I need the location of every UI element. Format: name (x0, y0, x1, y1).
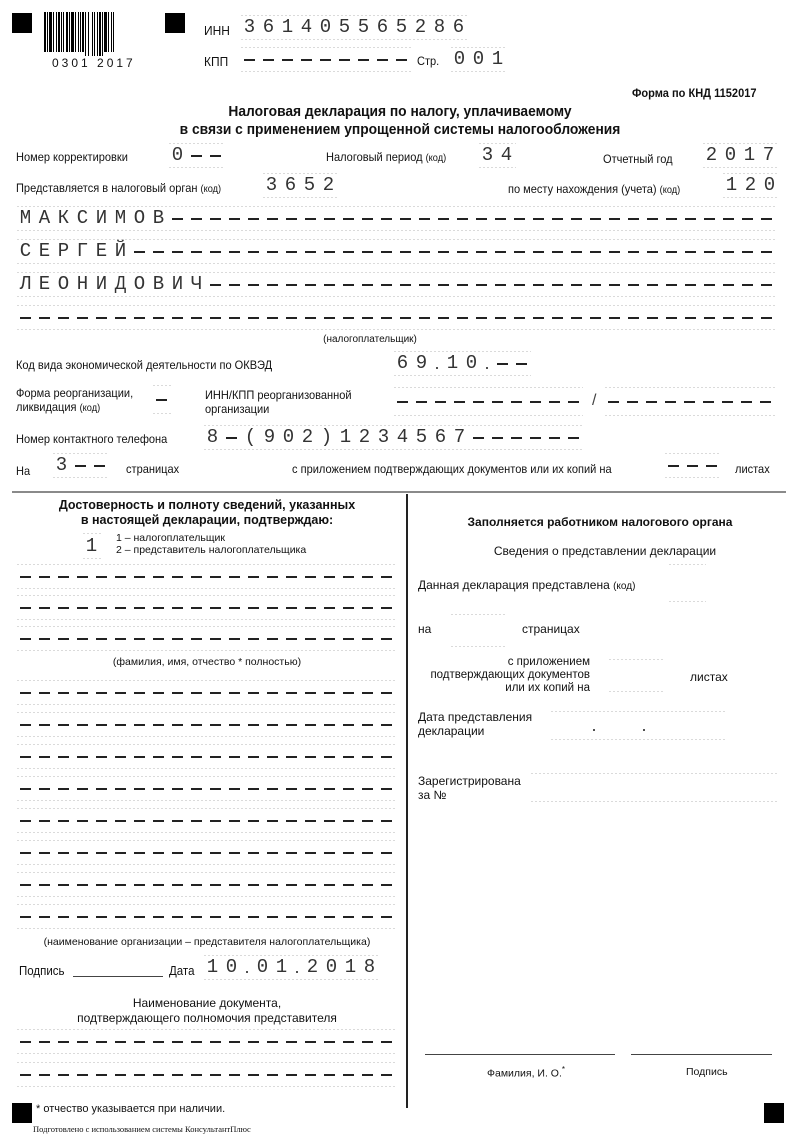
form-cell[interactable] (73, 841, 92, 863)
form-cell[interactable] (625, 774, 644, 800)
form-cell[interactable] (225, 841, 244, 863)
form-cell[interactable] (263, 713, 282, 735)
form-cell[interactable] (244, 207, 263, 229)
form-cell[interactable]: 1 (203, 956, 222, 978)
form-cell[interactable] (240, 48, 259, 70)
form-cell[interactable] (469, 615, 488, 645)
form-cell[interactable] (396, 207, 415, 229)
form-cell[interactable] (130, 713, 149, 735)
kpp-field[interactable] (240, 46, 411, 72)
form-cell[interactable]: 8 (203, 426, 222, 448)
form-cell[interactable]: 6 (373, 16, 392, 38)
form-cell[interactable] (54, 596, 73, 618)
form-cell[interactable]: 1 (740, 144, 759, 166)
form-cell[interactable] (661, 388, 680, 414)
form-cell[interactable] (663, 774, 682, 800)
form-cell[interactable] (92, 841, 111, 863)
form-cell[interactable] (301, 565, 320, 587)
form-cell[interactable] (282, 713, 301, 735)
taxpayer-name-line[interactable]: МАКСИМОВ (16, 205, 776, 231)
form-cell[interactable] (756, 388, 775, 414)
form-cell[interactable] (16, 681, 35, 703)
form-cell[interactable] (35, 565, 54, 587)
form-cell[interactable] (16, 809, 35, 831)
form-cell[interactable] (130, 809, 149, 831)
form-cell[interactable] (168, 777, 187, 799)
form-cell[interactable] (206, 809, 225, 831)
signer-fio-line[interactable] (16, 563, 396, 589)
form-cell[interactable] (396, 240, 415, 262)
form-cell[interactable] (586, 240, 605, 262)
tax-authority-field[interactable]: 3652 (262, 172, 338, 198)
form-cell[interactable] (92, 905, 111, 927)
form-cell[interactable] (354, 48, 373, 70)
form-cell[interactable] (529, 240, 548, 262)
form-cell[interactable] (757, 273, 776, 295)
form-cell[interactable] (662, 207, 681, 229)
form-cell[interactable] (377, 1030, 396, 1052)
form-cell[interactable] (412, 388, 431, 414)
form-cell[interactable] (488, 388, 507, 414)
form-cell[interactable] (320, 1063, 339, 1085)
form-cell[interactable] (605, 273, 624, 295)
form-cell[interactable] (719, 306, 738, 328)
form-cell[interactable] (130, 565, 149, 587)
form-cell[interactable] (225, 713, 244, 735)
form-cell[interactable] (702, 454, 721, 476)
form-cell[interactable] (16, 565, 35, 587)
form-cell[interactable]: 1 (278, 16, 297, 38)
form-cell[interactable] (54, 841, 73, 863)
form-cell[interactable] (339, 306, 358, 328)
form-cell[interactable] (627, 660, 646, 690)
form-cell[interactable] (263, 745, 282, 767)
reorg-kpp-field[interactable] (604, 386, 775, 416)
form-cell[interactable]: А (35, 207, 54, 229)
form-cell[interactable] (225, 777, 244, 799)
form-cell[interactable] (488, 615, 507, 645)
okved-field[interactable]: 69.10. (393, 350, 531, 376)
form-cell[interactable]: 2 (741, 174, 760, 196)
form-cell[interactable] (225, 809, 244, 831)
form-cell[interactable] (263, 681, 282, 703)
form-cell[interactable] (225, 240, 244, 262)
form-cell[interactable] (111, 873, 130, 895)
form-cell[interactable] (244, 809, 263, 831)
form-cell[interactable] (472, 273, 491, 295)
reorg-inn-field[interactable] (393, 386, 583, 416)
form-cell[interactable] (605, 207, 624, 229)
form-cell[interactable] (469, 388, 488, 414)
form-cell[interactable] (681, 273, 700, 295)
form-cell[interactable] (605, 306, 624, 328)
form-cell[interactable] (681, 306, 700, 328)
form-cell[interactable] (225, 1030, 244, 1052)
form-cell[interactable] (358, 306, 377, 328)
form-cell[interactable]: 3 (52, 454, 71, 476)
form-cell[interactable] (669, 712, 688, 738)
form-cell[interactable] (111, 1063, 130, 1085)
form-cell[interactable] (130, 873, 149, 895)
form-cell[interactable] (54, 1030, 73, 1052)
form-cell[interactable]: 4 (393, 426, 412, 448)
form-cell[interactable] (316, 48, 335, 70)
form-cell[interactable] (206, 144, 225, 166)
form-cell[interactable] (526, 388, 545, 414)
form-cell[interactable] (54, 873, 73, 895)
form-cell[interactable] (54, 565, 73, 587)
form-cell[interactable] (358, 596, 377, 618)
form-cell[interactable] (469, 426, 488, 448)
form-cell[interactable] (301, 273, 320, 295)
form-cell[interactable] (623, 388, 642, 414)
form-cell[interactable] (644, 774, 663, 800)
form-cell[interactable] (92, 713, 111, 735)
form-cell[interactable]: 0 (760, 174, 779, 196)
form-cell[interactable] (16, 777, 35, 799)
form-cell[interactable] (206, 565, 225, 587)
form-cell[interactable] (206, 273, 225, 295)
form-cell[interactable] (507, 426, 526, 448)
form-cell[interactable] (168, 1030, 187, 1052)
form-cell[interactable] (719, 240, 738, 262)
representative-org-line[interactable] (16, 743, 396, 769)
form-cell[interactable] (453, 207, 472, 229)
form-cell[interactable] (187, 240, 206, 262)
location-code-field[interactable]: 120 (722, 172, 779, 198)
form-cell[interactable]: 2 (303, 956, 322, 978)
form-cell[interactable] (130, 627, 149, 649)
form-cell[interactable] (282, 565, 301, 587)
form-cell[interactable] (624, 273, 643, 295)
form-cell[interactable] (168, 809, 187, 831)
form-cell[interactable] (567, 207, 586, 229)
form-cell[interactable]: 7 (759, 144, 778, 166)
form-cell[interactable] (206, 596, 225, 618)
form-cell[interactable] (168, 873, 187, 895)
form-cell[interactable] (282, 777, 301, 799)
form-cell[interactable] (529, 306, 548, 328)
form-cell[interactable] (16, 627, 35, 649)
form-cell[interactable] (168, 745, 187, 767)
form-cell[interactable] (92, 777, 111, 799)
form-cell[interactable]: 4 (297, 16, 316, 38)
form-cell[interactable] (320, 681, 339, 703)
form-cell[interactable]: 6 (431, 426, 450, 448)
form-cell[interactable] (130, 240, 149, 262)
office-sign-line[interactable] (631, 1054, 772, 1055)
form-cell[interactable] (701, 774, 720, 800)
correction-number-field[interactable]: 0 (168, 142, 225, 168)
form-cell[interactable] (187, 841, 206, 863)
form-cell[interactable]: 5 (392, 16, 411, 38)
form-cell[interactable]: Ч (187, 273, 206, 295)
form-cell[interactable] (549, 774, 568, 800)
form-cell[interactable] (16, 873, 35, 895)
form-cell[interactable]: О (130, 207, 149, 229)
form-cell[interactable] (206, 627, 225, 649)
form-cell[interactable]: 0 (279, 426, 298, 448)
form-cell[interactable] (282, 745, 301, 767)
form-cell[interactable] (282, 273, 301, 295)
form-cell[interactable] (624, 240, 643, 262)
pages-count-field[interactable]: 3 (52, 452, 109, 478)
form-cell[interactable] (111, 681, 130, 703)
form-cell[interactable] (187, 713, 206, 735)
form-cell[interactable] (54, 1063, 73, 1085)
form-cell[interactable] (396, 273, 415, 295)
form-cell[interactable] (149, 841, 168, 863)
form-cell[interactable] (683, 454, 702, 476)
form-cell[interactable] (282, 306, 301, 328)
form-cell[interactable]: 6 (281, 174, 300, 196)
form-cell[interactable]: 1 (82, 534, 101, 558)
form-cell[interactable] (35, 745, 54, 767)
form-cell[interactable] (187, 777, 206, 799)
form-cell[interactable] (297, 48, 316, 70)
form-cell[interactable] (668, 565, 687, 601)
form-cell[interactable] (187, 681, 206, 703)
representative-org-line[interactable] (16, 807, 396, 833)
form-cell[interactable] (244, 713, 263, 735)
form-cell[interactable] (719, 273, 738, 295)
form-cell[interactable] (301, 681, 320, 703)
form-cell[interactable] (225, 873, 244, 895)
form-cell[interactable] (320, 627, 339, 649)
form-cell[interactable] (244, 1063, 263, 1085)
form-cell[interactable] (263, 905, 282, 927)
form-cell[interactable] (206, 713, 225, 735)
form-cell[interactable] (130, 745, 149, 767)
form-cell[interactable]: В (149, 273, 168, 295)
taxpayer-name-line[interactable] (16, 304, 776, 330)
form-cell[interactable] (358, 841, 377, 863)
form-cell[interactable] (320, 905, 339, 927)
form-cell[interactable] (510, 207, 529, 229)
form-cell[interactable]: 2 (411, 16, 430, 38)
report-year-field[interactable]: 2017 (702, 142, 778, 168)
form-cell[interactable] (130, 681, 149, 703)
form-cell[interactable] (545, 388, 564, 414)
form-cell[interactable] (130, 306, 149, 328)
form-cell[interactable] (282, 1063, 301, 1085)
form-cell[interactable] (377, 627, 396, 649)
form-cell[interactable] (569, 712, 588, 738)
form-cell[interactable] (301, 777, 320, 799)
form-cell[interactable]: 3 (374, 426, 393, 448)
form-cell[interactable] (149, 240, 168, 262)
form-cell[interactable] (643, 240, 662, 262)
form-cell[interactable] (282, 841, 301, 863)
form-cell[interactable] (339, 1030, 358, 1052)
form-cell[interactable] (16, 713, 35, 735)
form-cell[interactable] (320, 240, 339, 262)
form-cell[interactable] (149, 745, 168, 767)
form-cell[interactable] (130, 596, 149, 618)
form-cell[interactable] (339, 1063, 358, 1085)
form-cell[interactable] (187, 1030, 206, 1052)
form-cell[interactable]: 5 (300, 174, 319, 196)
form-cell[interactable] (738, 240, 757, 262)
form-cell[interactable] (681, 240, 700, 262)
form-cell[interactable] (431, 388, 450, 414)
form-cell[interactable] (263, 777, 282, 799)
form-cell[interactable] (187, 207, 206, 229)
authority-doc-line[interactable] (16, 1061, 396, 1087)
form-cell[interactable] (320, 873, 339, 895)
form-cell[interactable] (168, 627, 187, 649)
form-cell[interactable] (548, 273, 567, 295)
form-cell[interactable] (301, 873, 320, 895)
form-cell[interactable] (320, 273, 339, 295)
form-cell[interactable] (187, 809, 206, 831)
form-cell[interactable]: 0 (462, 352, 481, 374)
form-cell[interactable] (244, 777, 263, 799)
form-cell[interactable] (707, 712, 726, 738)
form-cell[interactable]: Е (92, 240, 111, 262)
form-cell[interactable]: 3 (478, 144, 497, 166)
form-cell[interactable] (130, 841, 149, 863)
form-cell[interactable] (16, 745, 35, 767)
form-cell[interactable] (54, 681, 73, 703)
form-cell[interactable] (206, 1030, 225, 1052)
form-cell[interactable]: Д (111, 273, 130, 295)
form-cell[interactable] (111, 596, 130, 618)
form-cell[interactable] (512, 352, 531, 374)
form-cell[interactable] (73, 627, 92, 649)
form-cell[interactable]: 6 (393, 352, 412, 374)
form-cell[interactable]: О (54, 273, 73, 295)
form-cell[interactable] (301, 745, 320, 767)
form-cell[interactable] (301, 713, 320, 735)
form-cell[interactable] (358, 713, 377, 735)
form-cell[interactable]: И (168, 273, 187, 295)
signature-date-field[interactable]: 10.01.2018 (203, 954, 379, 980)
form-cell[interactable] (187, 905, 206, 927)
form-cell[interactable] (187, 873, 206, 895)
form-cell[interactable] (187, 306, 206, 328)
form-cell[interactable] (73, 713, 92, 735)
form-cell[interactable] (168, 240, 187, 262)
form-cell[interactable]: 0 (316, 16, 335, 38)
form-cell[interactable] (453, 306, 472, 328)
form-cell[interactable]: 3 (240, 16, 259, 38)
form-cell[interactable] (320, 809, 339, 831)
form-cell[interactable] (187, 596, 206, 618)
form-cell[interactable] (377, 681, 396, 703)
form-cell[interactable] (73, 306, 92, 328)
form-cell[interactable]: 0 (222, 956, 241, 978)
form-cell[interactable] (377, 1063, 396, 1085)
form-cell[interactable] (225, 207, 244, 229)
form-cell[interactable] (510, 273, 529, 295)
form-cell[interactable] (54, 627, 73, 649)
form-cell[interactable] (149, 306, 168, 328)
form-cell[interactable] (738, 207, 757, 229)
form-cell[interactable] (377, 841, 396, 863)
form-cell[interactable] (320, 596, 339, 618)
form-cell[interactable]: 1 (341, 956, 360, 978)
form-cell[interactable] (263, 809, 282, 831)
form-cell[interactable] (244, 841, 263, 863)
form-cell[interactable]: И (92, 273, 111, 295)
form-cell[interactable] (320, 565, 339, 587)
form-cell[interactable]: С (16, 240, 35, 262)
form-cell[interactable] (206, 240, 225, 262)
form-cell[interactable]: М (111, 207, 130, 229)
form-cell[interactable] (339, 240, 358, 262)
form-cell[interactable] (263, 306, 282, 328)
form-cell[interactable] (225, 273, 244, 295)
form-cell[interactable]: 1 (272, 956, 291, 978)
form-cell[interactable] (206, 873, 225, 895)
form-cell[interactable] (662, 240, 681, 262)
page-number-field[interactable]: 001 (450, 46, 507, 72)
form-cell[interactable] (320, 1030, 339, 1052)
form-cell[interactable] (586, 273, 605, 295)
form-cell[interactable] (111, 1030, 130, 1052)
form-cell[interactable] (263, 1030, 282, 1052)
form-cell[interactable] (358, 1030, 377, 1052)
form-cell[interactable] (16, 1030, 35, 1052)
form-cell[interactable] (396, 306, 415, 328)
form-cell[interactable] (111, 809, 130, 831)
form-cell[interactable] (16, 306, 35, 328)
form-cell[interactable] (434, 240, 453, 262)
form-cell[interactable] (377, 273, 396, 295)
form-cell[interactable] (111, 841, 130, 863)
form-cell[interactable] (377, 873, 396, 895)
form-cell[interactable]: 3 (262, 174, 281, 196)
form-cell[interactable] (282, 207, 301, 229)
form-cell[interactable] (301, 596, 320, 618)
form-cell[interactable] (548, 207, 567, 229)
form-cell[interactable] (92, 1063, 111, 1085)
form-cell[interactable] (301, 1030, 320, 1052)
form-cell[interactable] (111, 905, 130, 927)
form-cell[interactable]: И (92, 207, 111, 229)
form-cell[interactable] (643, 273, 662, 295)
form-cell[interactable] (16, 1063, 35, 1085)
form-cell[interactable]: 8 (430, 16, 449, 38)
form-cell[interactable] (206, 207, 225, 229)
form-cell[interactable] (586, 207, 605, 229)
form-cell[interactable] (377, 596, 396, 618)
form-cell[interactable]: 7 (450, 426, 469, 448)
form-cell[interactable] (643, 306, 662, 328)
form-cell[interactable] (301, 809, 320, 831)
form-cell[interactable] (680, 388, 699, 414)
form-cell[interactable] (149, 565, 168, 587)
form-cell[interactable]: 9 (260, 426, 279, 448)
office-pages-field[interactable] (450, 613, 507, 647)
form-cell[interactable] (567, 306, 586, 328)
form-cell[interactable] (259, 48, 278, 70)
form-cell[interactable] (415, 306, 434, 328)
form-cell[interactable] (301, 905, 320, 927)
form-cell[interactable]: 0 (168, 144, 187, 166)
form-cell[interactable] (206, 745, 225, 767)
form-cell[interactable] (16, 596, 35, 618)
form-cell[interactable] (73, 1030, 92, 1052)
form-cell[interactable] (54, 809, 73, 831)
form-cell[interactable] (149, 681, 168, 703)
form-cell[interactable]: К (54, 207, 73, 229)
form-cell[interactable] (373, 48, 392, 70)
form-cell[interactable] (606, 774, 625, 800)
form-cell[interactable] (719, 207, 738, 229)
form-cell[interactable] (377, 905, 396, 927)
